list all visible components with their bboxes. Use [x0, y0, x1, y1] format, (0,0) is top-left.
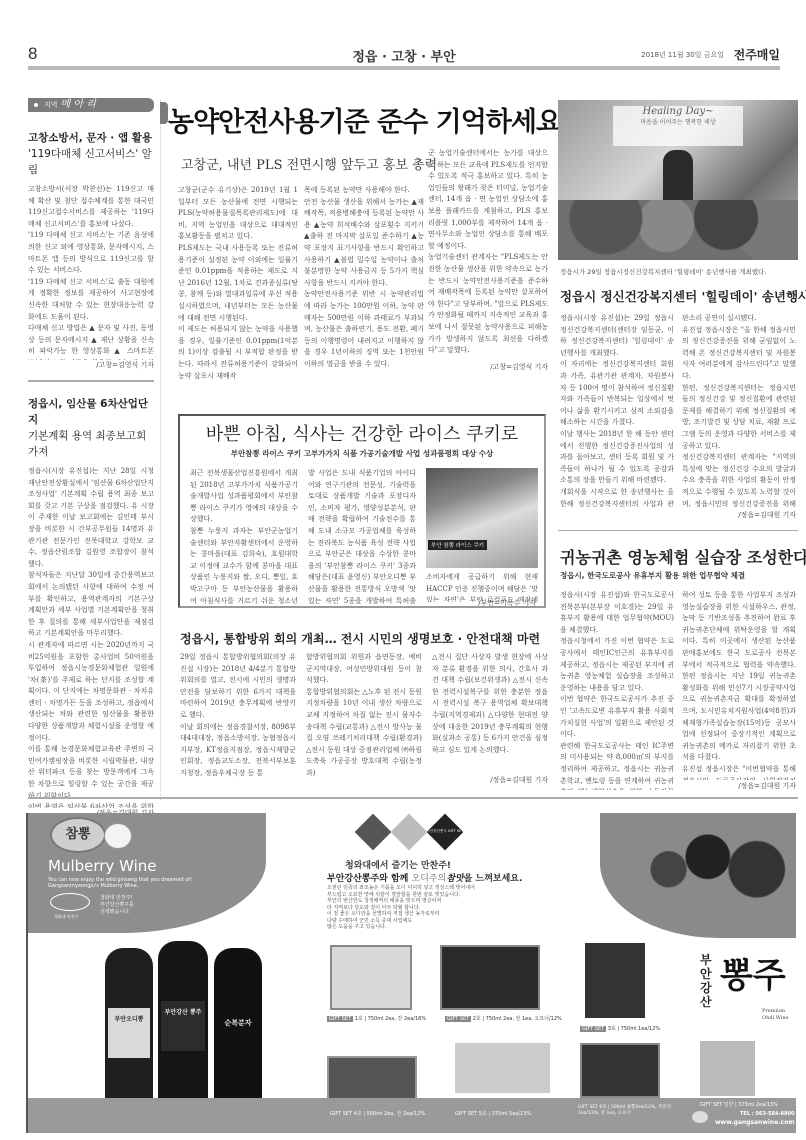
headline-prefix: 부안강산뽕주와 함께 [327, 874, 408, 884]
gift-num: 3호 [608, 1026, 616, 1032]
feature-headline: 농약안전사용기준 준수 기억하세요! [168, 100, 558, 140]
road-subheadline: 정읍시, 한국도로공사 유휴부지 활용 위한 업무협약 체결 [560, 570, 800, 581]
photo-banner: Healing Day~ 마음을 이어주는 행복한 세상 [613, 106, 743, 146]
gift-num: 4호 [354, 1111, 362, 1117]
cookie-article-box: 바쁜 아침, 식사는 건강한 라이스 쿠키로 부안참뽕 라이스 쿠키 고부가가치… [178, 414, 546, 608]
gift-num: 6호 [599, 1105, 606, 1110]
issue-date: 2018년 11월 30일 금요일 [641, 50, 724, 60]
ad-website: www.gangsanwine.com [715, 1119, 794, 1126]
ad-headline-1: 청와대에서 즐기는 만찬주! [345, 858, 451, 871]
gift-tag: GIFT SET [580, 1026, 606, 1032]
cookie-headline: 바쁜 아침, 식사는 건강한 라이스 쿠키로 [180, 420, 544, 446]
gift-set-box-2 [440, 945, 540, 1010]
feature-subheadline: 고창군, 내년 PLS 전면시행 앞두고 홍보 총력 [181, 154, 437, 173]
healing-col-2: 판소리 공연이 실시됐다. 유진섭 정읍시장은 "올 한해 정읍시민의 정신건강… [682, 313, 796, 508]
gift-set-2-label: GIFT SET 2호 | 750ml 2ea, 잔 1ea, 오프너/12% [445, 1015, 562, 1022]
ad-border [26, 813, 28, 1133]
cookie-col-2: 발 사업은 도내 식품기업의 아이디어와 연구기관의 전문성, 기술력을 토대로… [308, 468, 416, 604]
gift-set-box-7 [700, 1041, 755, 1096]
bottle-label: 부안강산 뽕주 [161, 1001, 205, 1051]
bottle-1: 부안오디뽕 [105, 948, 153, 1110]
gift-desc: 750ml 2ea, 잔 1ea, 오프너/12% [486, 1016, 562, 1022]
gift-num: 일반 [724, 1102, 734, 1108]
divider [28, 797, 798, 799]
product-brand-big: 뽕주 [720, 948, 786, 997]
article-title: 고창소방서, 문자 · 앱 활용 [28, 130, 154, 146]
byline: /정읍=김대원 기자 [682, 510, 796, 520]
gift-set-1-label: GIFT SET 1호 | 750ml 2ea, 잔 2ea/16% [327, 1015, 426, 1022]
gift-num: 5호 [479, 1111, 487, 1117]
bottle-label: 순복분자 [217, 1018, 259, 1028]
cheongwadae-logo [50, 893, 90, 911]
bottle-2: 부안강산 뽕주 [158, 941, 208, 1111]
bullet-icon [34, 103, 38, 107]
ad-tagline-2: Gangsanmyeongju's Mulberry Wine. [48, 883, 138, 889]
byline: /고창=김영식 기자 [428, 362, 548, 372]
region-tag-label: 지역 [44, 101, 58, 109]
headline-suffix: 을 느껴보세요. [464, 874, 523, 884]
byline: /정읍=김대원 기자 [682, 781, 796, 791]
diamond-badge-text: 부안강산뽕주 GIFT SET [424, 829, 466, 834]
gift-tag: GIFT SET [327, 1016, 353, 1022]
article-title: 정읍시, 임산물 6차산업단지 [28, 396, 154, 428]
gift-set-box-1 [330, 945, 412, 1010]
gift-desc: 750ml 2ea, 잔 2ea/16% [368, 1016, 426, 1022]
column-divider [160, 100, 161, 800]
article-title: '119다매체 신고서비스' 알림 [28, 146, 154, 178]
gift-set-box-4 [327, 1056, 417, 1100]
newspaper-name: 전주매일 [734, 46, 780, 63]
byline: /정읍=김대원 기자 [432, 775, 548, 785]
gift-set-3-label: GIFT SET 3호 | 750ml 1ea/12% [580, 1025, 660, 1032]
cookie-subheadline: 부안참뽕 라이스 쿠키 고부가가치 식품 가공기술개발 사업 성과품평회 대상 … [180, 448, 544, 459]
product-brand-en-2: Ohdi Wine [762, 1015, 789, 1021]
gift-tag: GIFT SET [700, 1102, 722, 1108]
article-title: 기본계획 용역 최종보고회 가져 [28, 428, 154, 460]
bottle-3: 순복분자 [214, 948, 262, 1110]
cheongwadae-text: 청와대 만찬주! 부안강산뽕주를 선택했습니다. [100, 895, 134, 916]
gift-set-4-label: GIFT SET 4호 | 500ml 2ea, 잔 2ea/12% [330, 1110, 425, 1117]
headline-script: 참맛 [446, 874, 463, 884]
healing-col-1: 정읍시(시장 유진섭)는 29일 정읍시 정신건강복지센터(센터장 임동균, 이… [560, 313, 674, 508]
gift-desc: 375ml 5ea/13% [492, 1111, 532, 1117]
headline-tab [160, 102, 168, 124]
page-header: 8 정읍 · 고창 · 부안 2018년 11월 30일 금요일 전주매일 [28, 44, 780, 66]
gift-tag: GIFT SET [445, 1016, 471, 1022]
gift-num: 2호 [473, 1016, 481, 1022]
audience-silhouette [558, 200, 798, 260]
ad-phone: TEL : 063-584-8800 [740, 1111, 794, 1117]
bottle-label: 부안오디뽕 [108, 1008, 150, 1058]
cheongwadae-label: 청와대 만찬주 [54, 914, 78, 920]
cookie-col-1: 최근 전북생물산업진흥원에서 개최된 2018년 고부가가치 식품가공기술개발사… [190, 468, 298, 604]
left-column: 지역메 아 리 고창소방서, 문자 · 앱 활용 '119다매체 신고서비스' … [28, 98, 154, 818]
gift-set-box-6 [580, 1043, 660, 1098]
ad-berry-panel [600, 813, 796, 938]
ad-description: 오천년 민족의 좌조높은 기품을 오디 넉넉히 넣고 정성스레 빚어내어 부드럽… [327, 885, 577, 931]
gift-set-7-label: GIFT SET 일반 | 375ml 2ea/13% [700, 1101, 778, 1108]
diamond-berries [355, 814, 392, 851]
road-col-1: 정읍시(시장 유진섭)와 한국도로공사 전북본부(본부장 이호경)는 29일 유… [560, 590, 674, 790]
gift-desc: 375ml 2ea/13% [738, 1102, 778, 1108]
product-brand-en-1: Premium [762, 1008, 785, 1014]
mascot-icon [104, 823, 132, 849]
product-brand-vertical: 부안강산 [700, 953, 714, 1009]
logo-text: 참뽕 [65, 827, 90, 842]
defense-headline: 정읍시, 통합방위 회의 개최… 전시 시민의 생명보호 · 안전대책 마련 [180, 630, 550, 647]
feature-col-3: 군 농업기술센터에서는 농가를 대상으로 하는 모든 교육에 PLS제도를 인지… [428, 148, 548, 358]
article-body: 정읍시(시장 유진섭)는 지난 28일 시청 재난안전상황실에서 '임산물 6차… [28, 466, 154, 808]
healing-headline: 정읍시 정신건강복지센터 '힐링데이' 송년행사 개최 [560, 287, 800, 305]
gift-set-6-label: GIFT SET 6호 | 500ml 참뽕2ea/12%, 복분자1ea/13… [578, 1105, 688, 1117]
defense-col-1: 29일 정읍시 통합방위협의회(의장 유진섭 시장)는 2018년 4/4분기 … [180, 652, 296, 784]
header-rule [28, 66, 780, 70]
gift-set-5-label: GIFT SET 5호 | 375ml 5ea/13% [455, 1110, 531, 1117]
gift-desc: 500ml 2ea, 잔 2ea/12% [367, 1111, 425, 1117]
gift-desc: 750ml 1ea/12% [621, 1026, 661, 1032]
headline-accent: 오디주의 [412, 874, 447, 884]
divider [558, 530, 798, 531]
brand-logo: 참뽕 [50, 817, 106, 853]
region-tag-name: 메 아 리 [61, 99, 96, 110]
byline: /부안=이옥수 기자 [478, 598, 536, 608]
gift-tag: GIFT SET [455, 1111, 477, 1117]
gift-set-box-3 [585, 943, 645, 1018]
ad-headline-2: 부안강산뽕주와 함께 오디주의참맛을 느껴보세요. [327, 871, 522, 884]
healing-day-photo: Healing Day~ 마음을 이어주는 행복한 세상 [558, 100, 798, 260]
diamond-fruit [391, 814, 428, 851]
region-echo-tag: 지역메 아 리 [28, 98, 154, 112]
defense-col-3: △전시 집단 사상자 발생 현장에 사상자 분류 환경을 위한 의사, 간호사 … [432, 652, 548, 770]
cookie-product-label: 부안 참뽕 라이스 쿠키 [428, 540, 487, 550]
feature-col-1: 고창군(군수 유기상)은 2019년 1월 1일부터 모든 농산물에 전면 시행… [178, 185, 298, 385]
byline: /고창=김영식 기자 [28, 360, 154, 370]
rice-cookie-photo: 부안 참뽕 라이스 쿠키 [426, 468, 538, 568]
banner-subtitle: 마음을 이어주는 행복한 세상 [613, 117, 743, 126]
gift-set-box-5 [455, 1043, 550, 1093]
mulberry-wine-ad: 참뽕 Mulberry Wine You can now enjoy the w… [20, 813, 796, 1133]
divider [28, 380, 154, 382]
road-headline: 귀농귀촌 영농체험 실습장 조성한다 [560, 545, 800, 568]
banner-title: Healing Day~ [613, 106, 743, 117]
road-col-2: 하여 성토 등을 통한 사업부지 조성과 영농실습장을 위한 시설하우스, 관정… [682, 590, 796, 780]
photo-caption: 정읍시가 29일 정읍시정신건강복지센터 '힐링데이' 송년행사를 개최했다. [560, 267, 800, 276]
gift-tag: GIFT SET [578, 1105, 598, 1110]
gift-num: 1호 [355, 1016, 363, 1022]
article-body: 고창소방서(서장 박찬선)는 119신고 매체 확산 및 첨단 접수체계를 통한… [28, 184, 154, 360]
company-emblem-icon [692, 1111, 708, 1123]
defense-col-2: 합방위협의회 위원과 읍면동장, 예비군지역대장, 여성민방위대원 등이 참석했… [306, 652, 422, 784]
ad-brand-en: Mulberry Wine [48, 857, 157, 875]
feature-col-2: 목에 등록된 농약만 사용해야 한다. 안전 농산물 생산을 위해서 농가는 ▲… [304, 185, 424, 385]
gift-tag: GIFT SET [330, 1111, 352, 1117]
